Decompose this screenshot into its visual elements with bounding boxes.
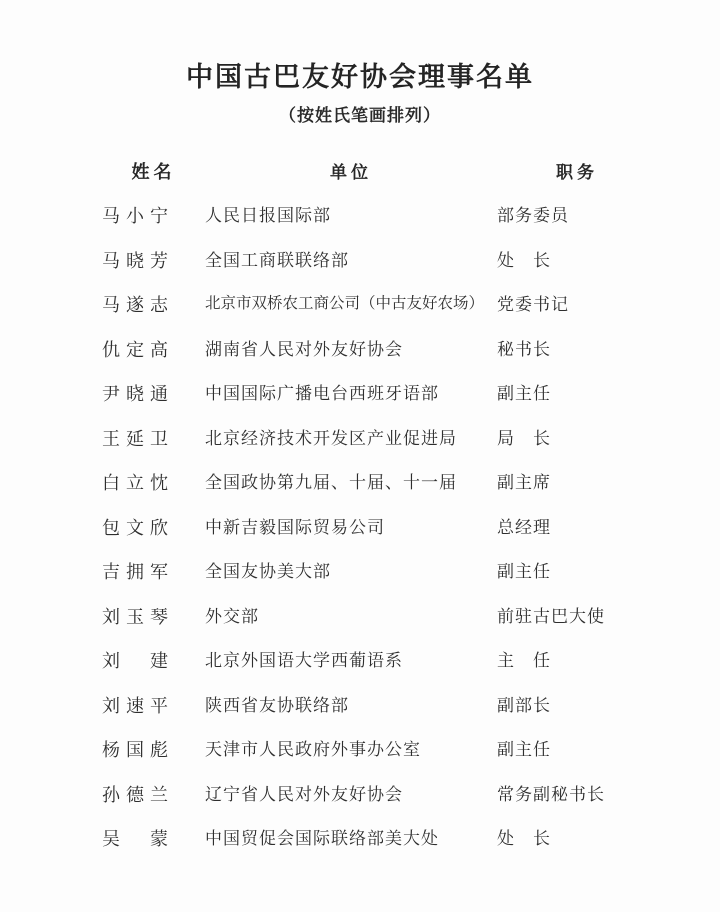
name-cell: 刘玉琴 [102,607,205,629]
name-cell: 刘速平 [102,696,205,718]
name-cell: 吉拥军 [102,562,205,584]
table-row: 吉拥军全国友协美大部副主任 [0,562,720,607]
name-cell: 尹晓通 [102,384,205,406]
page-subtitle: （按姓氏笔画排列） [0,101,720,126]
unit-cell: 湖南省人民对外友好协会 [205,340,497,360]
unit-cell: 中国国际广播电台西班牙语部 [205,384,497,404]
header-unit: 单位 [205,158,497,184]
name-cell: 仇定高 [102,340,205,362]
position-cell: 副主任 [497,740,657,760]
position-cell: 党委书记 [497,295,657,315]
name-cell: 吴 蒙 [102,829,205,851]
header-position: 职务 [497,158,657,184]
table-row: 刘速平陕西省友协联络部副部长 [0,696,720,741]
position-cell: 部务委员 [497,206,657,226]
position-cell: 副主席 [497,473,657,493]
table-row: 马遂志北京市双桥农工商公司（中古友好农场）党委书记 [0,295,720,340]
unit-cell: 北京外国语大学西葡语系 [205,651,497,671]
position-cell: 副主任 [497,562,657,582]
name-cell: 马遂志 [102,295,205,317]
unit-cell: 北京经济技术开发区产业促进局 [205,429,497,449]
member-list: 马小宁人民日报国际部部务委员马晓芳全国工商联联络部处 长马遂志北京市双桥农工商公… [0,206,720,874]
table-row: 孙德兰辽宁省人民对外友好协会常务副秘书长 [0,785,720,830]
table-row: 白立忱全国政协第九届、十届、十一届副主席 [0,473,720,518]
position-cell: 副主任 [497,384,657,404]
table-row: 马晓芳全国工商联联络部处 长 [0,251,720,296]
unit-cell: 北京市双桥农工商公司（中古友好农场） [205,295,497,314]
table-row: 尹晓通中国国际广播电台西班牙语部副主任 [0,384,720,429]
table-row: 刘玉琴外交部前驻古巴大使 [0,607,720,652]
header-name: 姓名 [102,158,205,184]
name-cell: 王延卫 [102,429,205,451]
unit-cell: 人民日报国际部 [205,206,497,226]
name-cell: 刘 建 [102,651,205,673]
table-header: 姓名 单位 职务 [0,158,720,184]
unit-cell: 辽宁省人民对外友好协会 [205,785,497,805]
name-cell: 白立忱 [102,473,205,495]
position-cell: 副部长 [497,696,657,716]
position-cell: 局 长 [497,429,657,449]
table-row: 吴 蒙中国贸促会国际联络部美大处处 长 [0,829,720,874]
table-row: 仇定高湖南省人民对外友好协会秘书长 [0,340,720,385]
table-row: 马小宁人民日报国际部部务委员 [0,206,720,251]
table-row: 王延卫北京经济技术开发区产业促进局局 长 [0,429,720,474]
unit-cell: 天津市人民政府外事办公室 [205,740,497,760]
table-row: 包文欣中新吉毅国际贸易公司总经理 [0,518,720,563]
unit-cell: 中国贸促会国际联络部美大处 [205,829,497,849]
table-row: 刘 建北京外国语大学西葡语系主 任 [0,651,720,696]
unit-cell: 外交部 [205,607,497,627]
page-title: 中国古巴友好协会理事名单 [0,55,720,94]
position-cell: 常务副秘书长 [497,785,657,805]
name-cell: 杨国彪 [102,740,205,762]
unit-cell: 全国政协第九届、十届、十一届 [205,473,497,493]
name-cell: 马晓芳 [102,251,205,273]
unit-cell: 中新吉毅国际贸易公司 [205,518,497,538]
name-cell: 孙德兰 [102,785,205,807]
document-page: 中国古巴友好协会理事名单 （按姓氏笔画排列） 姓名 单位 职务 马小宁人民日报国… [0,0,720,912]
position-cell: 前驻古巴大使 [497,607,657,627]
position-cell: 总经理 [497,518,657,538]
position-cell: 处 长 [497,251,657,271]
name-cell: 包文欣 [102,518,205,540]
unit-cell: 陕西省友协联络部 [205,696,497,716]
unit-cell: 全国友协美大部 [205,562,497,582]
name-cell: 马小宁 [102,206,205,228]
position-cell: 主 任 [497,651,657,671]
position-cell: 处 长 [497,829,657,849]
unit-cell: 全国工商联联络部 [205,251,497,271]
table-row: 杨国彪天津市人民政府外事办公室副主任 [0,740,720,785]
position-cell: 秘书长 [497,340,657,360]
